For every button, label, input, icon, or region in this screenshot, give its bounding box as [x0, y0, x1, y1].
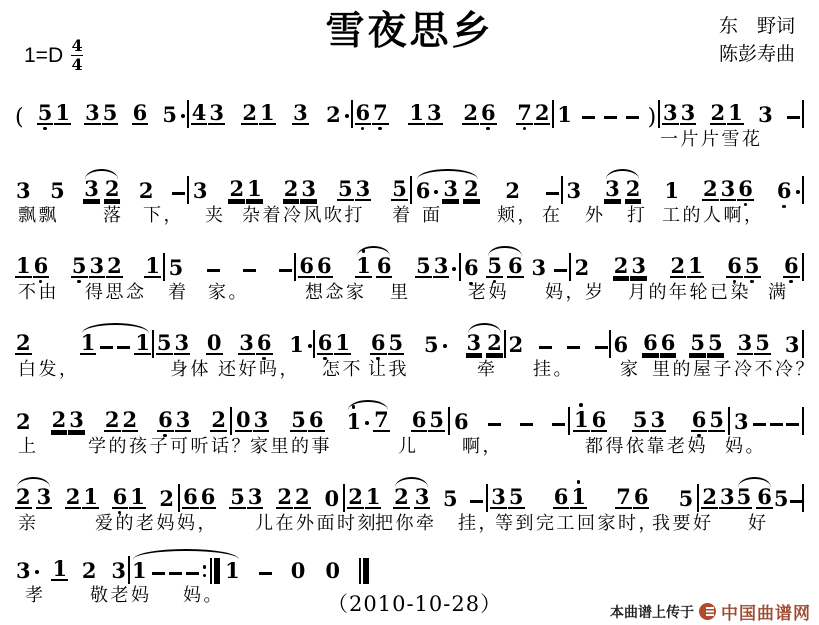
note-digit: 6 [642, 332, 659, 355]
barline [163, 253, 165, 281]
note-digit: 3 [433, 255, 450, 278]
note-digit: 3 [300, 178, 317, 201]
note: 3 [68, 409, 85, 435]
note-digit: 1 [54, 102, 71, 125]
duration-dash [488, 423, 501, 426]
lyric-syllable: 一片片雪花 [660, 125, 763, 151]
measure: (513565 [15, 102, 185, 128]
barline [609, 330, 611, 358]
note-digit: 3 [604, 178, 621, 201]
duration-dash [152, 572, 165, 575]
note: 6 [480, 102, 497, 128]
note: 2 [463, 178, 480, 204]
note-digit: 6 [737, 178, 754, 201]
note: 5 [423, 334, 447, 358]
note-digit: 1 [134, 332, 151, 355]
note-digit: 6 [298, 255, 315, 278]
note-digit: 2 [508, 334, 525, 355]
lyric-syllable: 满 [768, 278, 789, 304]
note-digit: 5 [156, 332, 173, 355]
note-digit: 2 [15, 332, 32, 355]
note-digit: 1 [727, 102, 744, 125]
lyric-syllable: 挂， [458, 509, 499, 535]
note-digit: 6 [613, 334, 630, 355]
note-digit: 6 [200, 486, 217, 509]
note-digit: 5 [290, 409, 307, 432]
note-digit: 1 [15, 255, 32, 278]
barline [294, 253, 296, 281]
duration-dash [169, 572, 182, 575]
note-digit: 3 [15, 180, 32, 201]
note-digit: 5 [49, 180, 66, 201]
duration-dash [259, 572, 272, 575]
note-digit: 5 [678, 488, 695, 509]
close-paren: ) [648, 105, 657, 130]
notes-row: 2115303616165532266655353 [15, 325, 805, 358]
duration-dash [604, 116, 617, 119]
note-digit: 2 [104, 178, 121, 201]
note: 6 [132, 102, 149, 128]
lyric-syllable: 着 [392, 201, 413, 227]
note-digit: 3 [680, 102, 697, 125]
note-digit: 5 [337, 178, 354, 201]
note-digit: 3 [720, 178, 737, 201]
note-digit: 1 [687, 255, 704, 278]
note-digit: 5 [168, 257, 185, 278]
barline [128, 556, 130, 584]
barline [568, 407, 570, 435]
site-logo-icon[interactable] [699, 603, 716, 620]
note-digit: 6 [756, 486, 773, 509]
note: 0 [290, 560, 307, 584]
augmentation-dot [452, 267, 456, 271]
note-digit: 1 [80, 332, 97, 355]
note: 3 [292, 102, 309, 128]
note: 1 [144, 255, 161, 281]
note: 0 [324, 560, 341, 584]
note: 6 [776, 180, 800, 204]
note-digit: 6 [726, 255, 743, 278]
thin-bar [359, 558, 361, 584]
note-digit: 3 [414, 486, 431, 509]
lyric-syllable: 怎不 [322, 355, 363, 381]
barline [152, 330, 154, 358]
upload-note: 本曲谱上传于 [610, 602, 694, 622]
lyric-syllable: 着 [168, 278, 189, 304]
note-digit: 3 [292, 102, 309, 125]
barline [343, 484, 345, 512]
note-digit: 2 [702, 178, 719, 201]
lyric-syllable: 让我 [368, 355, 409, 381]
note-digit: 2 [122, 409, 139, 432]
note-digit: 0 [235, 409, 252, 432]
note-digit: 1 [573, 409, 590, 432]
note: 3 [442, 178, 459, 204]
barline [569, 253, 571, 281]
note-digit: 7 [516, 102, 533, 125]
note-digit: 2 [701, 486, 718, 509]
note-digit: 2 [613, 255, 630, 278]
song-title: 雪夜思乡 [0, 0, 819, 56]
note-digit: 6 [376, 255, 393, 278]
note-digit: 5 [744, 255, 761, 278]
lyricist-credit: 东 野词 [719, 12, 795, 40]
note-digit: 6 [182, 486, 199, 509]
note-digit: 2 [210, 409, 227, 432]
note: 3 [566, 180, 583, 204]
note-digit: 2 [670, 255, 687, 278]
measure: 1100 [131, 558, 369, 584]
note-digit: 2 [15, 411, 32, 432]
lyric-syllable: 还好吗， [218, 355, 300, 381]
note-digit: 0 [323, 488, 340, 509]
lyric-syllable: 飘飘 [18, 201, 59, 227]
note-digit: 3 [83, 178, 100, 201]
note-digit: 4 [191, 102, 208, 125]
barline [504, 330, 506, 358]
final-barline [359, 558, 369, 584]
note-digit: 6 [411, 409, 428, 432]
note-digit: 6 [660, 332, 677, 355]
note-digit: 5 [632, 409, 649, 432]
notes-row: 2321612665322021235356176523565 [15, 479, 805, 512]
augmentation-dot [365, 421, 369, 425]
note-digit: 5 [71, 255, 88, 278]
note: 2 [241, 102, 258, 128]
duration-dash [770, 423, 783, 426]
lyric-syllable: 家 [620, 355, 641, 381]
note: 3 [426, 102, 443, 128]
note-digit: 6 [157, 409, 174, 432]
duration-dash [753, 423, 766, 426]
note-digit: 1 [259, 102, 276, 125]
note-digit: 2 [574, 257, 591, 278]
note-digit: 5 [37, 102, 54, 125]
note: 2 [51, 409, 68, 435]
note-digit: 2 [462, 102, 479, 125]
note-digit: 5 [508, 486, 525, 509]
note-digit: 3 [650, 409, 667, 432]
score-line: (513565432132671326721)33213一片片雪花 [15, 95, 805, 167]
barline [230, 407, 232, 435]
note-digit: 3 [192, 180, 209, 201]
repeat-dot [203, 565, 207, 569]
augmentation-dot [181, 114, 185, 118]
score-date: （2010-10-28） [327, 588, 502, 618]
beam-group: 43 [191, 102, 225, 128]
note: 2 [65, 486, 82, 512]
note-digit: 1 [288, 334, 305, 355]
notes-row: 223226320356176561653653 [15, 402, 805, 435]
beam-group: 21 [241, 102, 275, 128]
note: 3 [719, 486, 736, 512]
thick-bar [363, 558, 369, 584]
barline [658, 100, 660, 128]
note-digit: 2 [625, 178, 642, 201]
note-digit: 3 [247, 486, 264, 509]
beam-group: 35 [84, 102, 118, 128]
note-digit: 5 [229, 486, 246, 509]
lyric-syllable: 敬老妈 [90, 581, 152, 607]
note-digit: 3 [490, 486, 507, 509]
barline [313, 330, 315, 358]
note-digit: 6 [316, 255, 333, 278]
lyric-syllable: 儿 [398, 432, 419, 458]
barline [552, 100, 554, 128]
note-digit: 3 [733, 411, 750, 432]
note: 1 [224, 560, 241, 584]
note-digit: 2 [504, 180, 521, 201]
barline [351, 100, 353, 128]
duration-dash [520, 423, 533, 426]
note-digit: 3 [174, 332, 191, 355]
note-digit: 1 [334, 332, 351, 355]
note-digit: 1 [570, 486, 587, 509]
barline [187, 176, 189, 204]
note-digit: 2 [15, 486, 32, 509]
note-digit: 2 [486, 332, 503, 355]
note-digit: 5 [707, 332, 724, 355]
lyric-syllable: 等到完工回家时， [495, 509, 659, 535]
lyric-syllable: 爱的老妈妈， [95, 509, 218, 535]
note-digit: 5 [736, 486, 753, 509]
barline [728, 407, 730, 435]
lyric-syllable: 学的孩子可听话？ [88, 432, 252, 458]
note-digit: 7 [372, 102, 389, 125]
lyric-syllable: 得思念 [85, 278, 147, 304]
note: 4 [191, 102, 208, 128]
lyric-syllable: 都得依靠老妈 [585, 432, 708, 458]
barline [802, 484, 804, 512]
note-digit: 1 [82, 486, 99, 509]
note-digit: 6 [33, 255, 50, 278]
augmentation-dot [345, 114, 349, 118]
note-digit: 6 [591, 409, 608, 432]
barline [802, 330, 804, 358]
note-digit: 5 [773, 488, 790, 509]
duration-dash [546, 192, 559, 195]
note-digit: 2 [276, 486, 293, 509]
note-digit: 6 [355, 102, 372, 125]
beam-group: 23 [51, 409, 85, 435]
score-line: 223226320356176561653653上学的孩子可听话？家里的事儿啊，… [15, 402, 805, 474]
lyric-syllable: 工的人啊， [662, 201, 765, 227]
note-digit: 3 [662, 102, 679, 125]
note-digit: 6 [256, 332, 273, 355]
barline [561, 176, 563, 204]
slur-group: 17 [346, 409, 390, 435]
lyric-syllable: 妈， [545, 278, 586, 304]
duration-dash [787, 116, 800, 119]
credits: 东 野词 陈彭寿曲 [719, 12, 795, 68]
note-digit: 6 [463, 257, 480, 278]
lyric-syllable: 家。 [208, 278, 249, 304]
note-digit: 5 [102, 102, 119, 125]
note-digit: 3 [84, 102, 101, 125]
duration-dash [786, 423, 799, 426]
note-digit: 1 [51, 558, 68, 581]
lyric-syllable: 妈。 [183, 581, 224, 607]
lyric-syllable: 杂着冷风吹打 [242, 201, 365, 227]
note-digit: 2 [81, 560, 98, 581]
note: 1 [80, 332, 97, 358]
note-digit: 2 [347, 486, 364, 509]
note-digit: 6 [415, 180, 432, 201]
note-digit: 2 [294, 486, 311, 509]
note-digit: 3 [426, 102, 443, 125]
lyric-syllable: 牵 [477, 355, 498, 381]
note-digit: 2 [393, 486, 410, 509]
lyric-syllable: 月的年轮已染 [628, 278, 751, 304]
composer-credit: 陈彭寿曲 [719, 40, 795, 68]
note: 1 [259, 102, 276, 128]
note: 3 [84, 102, 101, 128]
note-digit: 2 [325, 104, 342, 125]
note: 5 [102, 102, 119, 128]
beam-group: 72 [516, 102, 550, 128]
note-digit: 2 [283, 178, 300, 201]
note-digit: 1 [346, 411, 363, 432]
lyric-syllable: 岁 [585, 278, 606, 304]
notes-row: (513565432132671326721)33213 [15, 95, 805, 128]
slur-group: 11 [80, 332, 151, 358]
augmentation-dot [434, 190, 438, 194]
duration-dash [100, 346, 113, 349]
lyric-syllable: 里的屋子冷不冷？ [652, 355, 816, 381]
note-digit: 3 [466, 332, 483, 355]
note-digit: 2 [534, 102, 551, 125]
note-digit: 1 [556, 104, 573, 125]
note: 2 [534, 102, 551, 128]
note-digit: 0 [324, 560, 341, 581]
note-digit: 1 [144, 255, 161, 278]
lyric-syllable: 不由 [18, 278, 59, 304]
lyric-syllable: 孝 [25, 581, 46, 607]
barline [802, 407, 804, 435]
note-digit: 2 [138, 180, 155, 201]
note-digit: 5 [442, 488, 459, 509]
lyric-syllable: 颊， [497, 201, 538, 227]
note-digit: 3 [442, 178, 459, 201]
note-digit: 6 [776, 180, 793, 201]
barline [187, 100, 189, 128]
site-credit-bar: 本曲谱上传于 中国曲谱网 [610, 599, 811, 624]
repeat-dots [203, 565, 207, 577]
beam-group: 53 [415, 255, 456, 281]
augmentation-dot [35, 570, 39, 574]
note-digit: 1 [224, 560, 241, 581]
note-digit: 5 [754, 332, 771, 355]
lyric-syllable: 把你牵 [375, 509, 437, 535]
note-digit: 1 [246, 178, 263, 201]
lyric-syllable: 外 [585, 201, 606, 227]
note-digit: 5 [415, 255, 432, 278]
note: 3 [604, 178, 621, 204]
note-digit: 2 [51, 409, 68, 432]
lyric-syllable: 想念家 [305, 278, 367, 304]
note-digit: 2 [104, 409, 121, 432]
duration-dash [595, 346, 608, 349]
beam-group: 26 [462, 102, 496, 128]
note: 1 [54, 102, 71, 128]
measure: 67132672 [355, 102, 551, 128]
duration-dash [172, 192, 185, 195]
note-digit: 1 [365, 486, 382, 509]
score-line: 3532232123535632233212366飘飘落下，夹杂着冷风吹打着面颊… [15, 171, 805, 243]
lyric-syllable: 里 [390, 278, 411, 304]
lyric-syllable: 夹 [205, 201, 226, 227]
barline [802, 100, 804, 128]
duration-dash [790, 500, 803, 503]
note: 6 [355, 102, 372, 128]
note: 2 [508, 334, 525, 358]
note-digit: 6 [691, 409, 708, 432]
note-digit: 3 [784, 334, 801, 355]
note-digit: 6 [370, 332, 387, 355]
note-digit: 3 [175, 409, 192, 432]
lyric-syllable: 亲 [18, 509, 39, 535]
note: 5 [415, 255, 432, 281]
barline [410, 176, 412, 204]
note-digit: 6 [633, 486, 650, 509]
augmentation-dot [443, 344, 447, 348]
note: 1 [346, 411, 370, 435]
notes-row: 3532232123535632233212366 [15, 171, 805, 204]
open-paren: ( [15, 105, 24, 130]
note: 5 [161, 104, 185, 128]
note-digit: 1 [131, 560, 148, 581]
note-digit: 3 [68, 409, 85, 432]
note-digit: 3 [253, 409, 270, 432]
note: 5 [442, 488, 459, 512]
lyric-syllable: 打 [627, 201, 648, 227]
notes-row: 1653215661653656322321656 [15, 248, 805, 281]
note: 3 [433, 255, 457, 281]
note-digit: 2 [241, 102, 258, 125]
note: 5 [708, 409, 725, 435]
note-digit: 3 [737, 332, 754, 355]
note-digit: 2 [710, 102, 727, 125]
note-digit: 1 [663, 180, 680, 201]
lyric-syllable: 落 [103, 201, 124, 227]
lyric-syllable: 好 [748, 509, 769, 535]
notes-row: 31231100 [15, 551, 805, 584]
repeat-dot [203, 574, 207, 578]
duration-dash [186, 572, 199, 575]
lyric-syllable: 面 [422, 201, 443, 227]
duration-dash [207, 269, 220, 272]
barline [802, 253, 804, 281]
note-digit: 2 [228, 178, 245, 201]
note-digit: 6 [112, 486, 129, 509]
slur-arc [133, 549, 239, 560]
barline [802, 176, 804, 204]
lyric-syllable: 上 [18, 432, 39, 458]
note-digit: 6 [553, 486, 570, 509]
note-digit: 5 [689, 332, 706, 355]
lyric-syllable: 身体 [170, 355, 211, 381]
note-digit: 5 [388, 332, 405, 355]
note-digit: 3 [355, 178, 372, 201]
note-digit: 2 [65, 486, 82, 509]
score-line: 2321612665322021235356176523565亲爱的老妈妈，儿在… [15, 479, 805, 551]
note: 1 [51, 558, 68, 584]
note: 7 [372, 102, 389, 128]
note: 2 [325, 104, 349, 128]
site-name-link[interactable]: 中国曲谱网 [721, 599, 811, 624]
note-digit: 5 [391, 178, 408, 201]
lyric-syllable: 妈。 [725, 432, 766, 458]
